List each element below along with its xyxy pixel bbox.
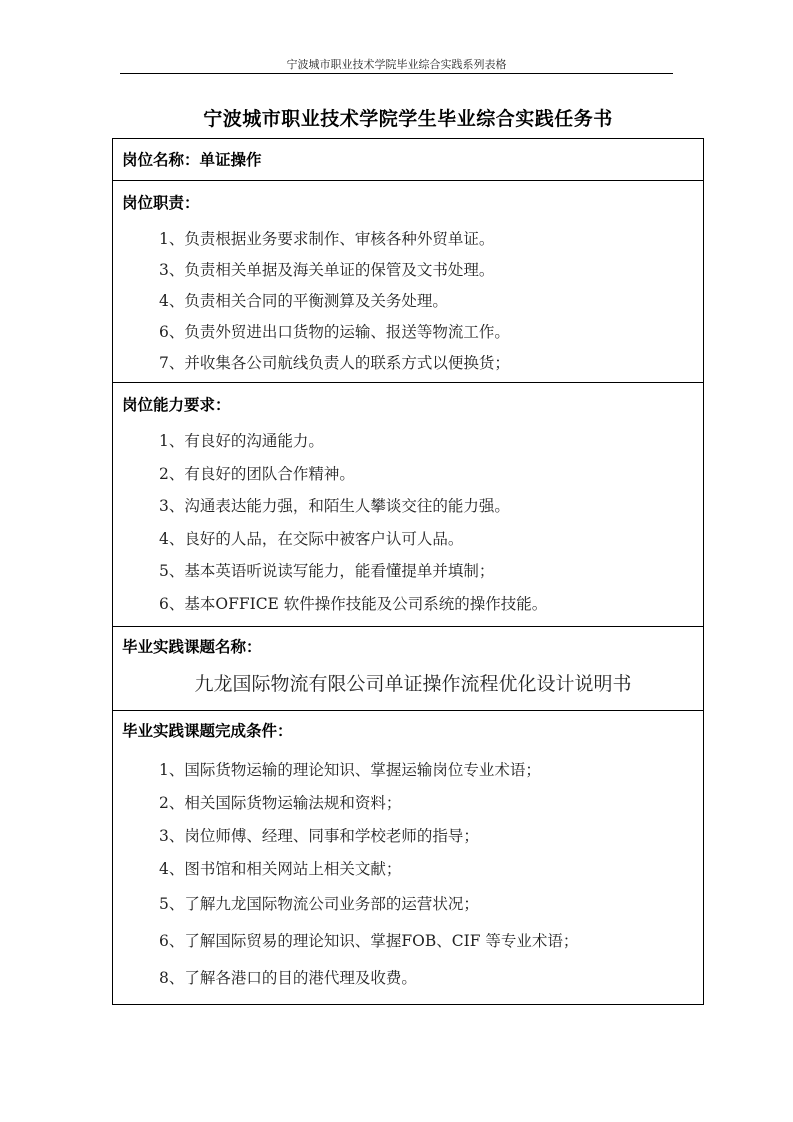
conditions-label: 毕业实践课题完成条件：: [113, 711, 703, 741]
abilities-label: 岗位能力要求：: [113, 383, 703, 415]
conditions-list: 1、国际货物运输的理论知识、掌握运输岗位专业术语； 2、相关国际货物运输法规和资…: [113, 741, 703, 997]
list-item: 1、国际货物运输的理论知识、掌握运输岗位专业术语；: [113, 754, 703, 787]
list-item: 8、了解各港口的目的港代理及收费。: [113, 960, 703, 997]
list-item: 6、了解国际贸易的理论知识、掌握FOB、CIF 等专业术语；: [113, 923, 703, 960]
list-item: 2、有良好的团队合作精神。: [113, 458, 703, 491]
list-item: 5、基本英语听说读写能力，能看懂提单并填制；: [113, 555, 703, 588]
duties-label: 岗位职责：: [113, 181, 703, 213]
list-item: 2、相关国际货物运输法规和资料；: [113, 787, 703, 820]
duties-list: 1、负责根据业务要求制作、审核各种外贸单证。 3、负责相关单据及海关单证的保管及…: [113, 213, 703, 379]
header-rule: [120, 73, 673, 74]
task-table: 岗位名称：单证操作 岗位职责： 1、负责根据业务要求制作、审核各种外贸单证。 3…: [112, 138, 704, 1005]
topic-label: 毕业实践课题名称：: [113, 627, 703, 657]
list-item: 3、负责相关单据及海关单证的保管及文书处理。: [113, 255, 703, 286]
abilities-list: 1、有良好的沟通能力。 2、有良好的团队合作精神。 3、沟通表达能力强，和陌生人…: [113, 415, 703, 620]
row-position-name: 岗位名称：单证操作: [113, 139, 703, 181]
list-item: 3、岗位师傅、经理、同事和学校老师的指导；: [113, 820, 703, 853]
row-topic: 毕业实践课题名称： 九龙国际物流有限公司单证操作流程优化设计说明书: [113, 627, 703, 711]
list-item: 6、负责外贸进出口货物的运输、报送等物流工作。: [113, 317, 703, 348]
list-item: 6、基本OFFICE 软件操作技能及公司系统的操作技能。: [113, 588, 703, 621]
list-item: 4、负责相关合同的平衡测算及关务处理。: [113, 286, 703, 317]
topic-value: 九龙国际物流有限公司单证操作流程优化设计说明书: [113, 669, 703, 699]
list-item: 4、图书馆和相关网站上相关文献；: [113, 853, 703, 886]
list-item: 5、了解九龙国际物流公司业务部的运营状况；: [113, 886, 703, 923]
running-header: 宁波城市职业技术学院毕业综合实践系列表格: [120, 56, 673, 72]
position-name-label: 岗位名称：单证操作: [113, 139, 703, 181]
list-item: 4、良好的人品，在交际中被客户认可人品。: [113, 523, 703, 556]
list-item: 7、并收集各公司航线负责人的联系方式以便换货；: [113, 348, 703, 379]
row-duties: 岗位职责： 1、负责根据业务要求制作、审核各种外贸单证。 3、负责相关单据及海关…: [113, 181, 703, 383]
row-abilities: 岗位能力要求： 1、有良好的沟通能力。 2、有良好的团队合作精神。 3、沟通表达…: [113, 383, 703, 627]
list-item: 3、沟通表达能力强，和陌生人攀谈交往的能力强。: [113, 490, 703, 523]
row-conditions: 毕业实践课题完成条件： 1、国际货物运输的理论知识、掌握运输岗位专业术语； 2、…: [113, 711, 703, 1004]
list-item: 1、有良好的沟通能力。: [113, 425, 703, 458]
document-title: 宁波城市职业技术学院学生毕业综合实践任务书: [112, 104, 704, 131]
list-item: 1、负责根据业务要求制作、审核各种外贸单证。: [113, 224, 703, 255]
